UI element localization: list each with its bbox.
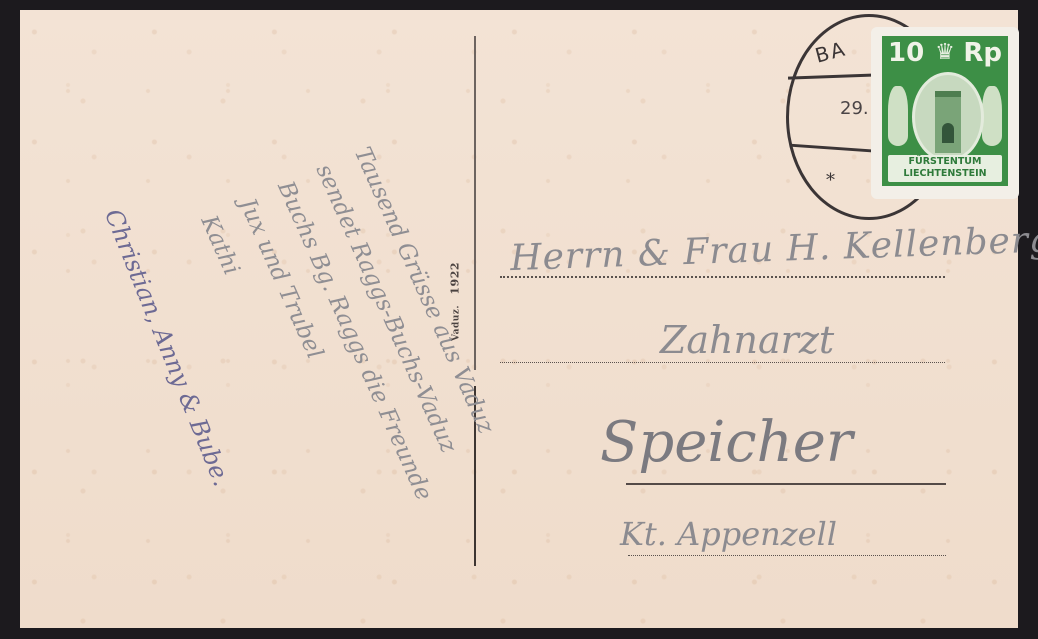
tower-icon [935, 91, 961, 153]
cornucopia-icon [888, 86, 908, 146]
stamp-value: 10 [888, 38, 924, 68]
postmark-date: 29. [840, 98, 869, 119]
cornucopia-icon [982, 86, 1002, 146]
address-town: Speicher [600, 410, 853, 475]
stamp-country-banner: FÜRSTENTUM LIECHTENSTEIN [888, 155, 1002, 182]
address-line-2-rule [500, 362, 945, 363]
address-occupation: Zahnarzt [660, 318, 834, 362]
center-divider-line [474, 36, 476, 566]
postage-stamp: 10 ♛ Rp FÜRSTENTUM LIECHTENSTEIN [874, 30, 1016, 196]
postmark-star-icon: * [826, 170, 835, 191]
imprint-year: 1922 [449, 262, 462, 295]
crown-icon: ♛ [935, 40, 955, 65]
castle-gate-vignette [912, 72, 984, 162]
stamp-currency: Rp [963, 38, 1002, 68]
address-canton: Kt. Appenzell [620, 515, 837, 553]
address-line-4-rule [628, 555, 946, 556]
stamp-country-line1: FÜRSTENTUM [888, 156, 1002, 168]
gate-arch-icon [942, 123, 954, 143]
stamp-country-line2: LIECHTENSTEIN [888, 168, 1002, 180]
address-line-3-rule [626, 483, 946, 485]
stamp-design: 10 ♛ Rp FÜRSTENTUM LIECHTENSTEIN [882, 36, 1008, 186]
